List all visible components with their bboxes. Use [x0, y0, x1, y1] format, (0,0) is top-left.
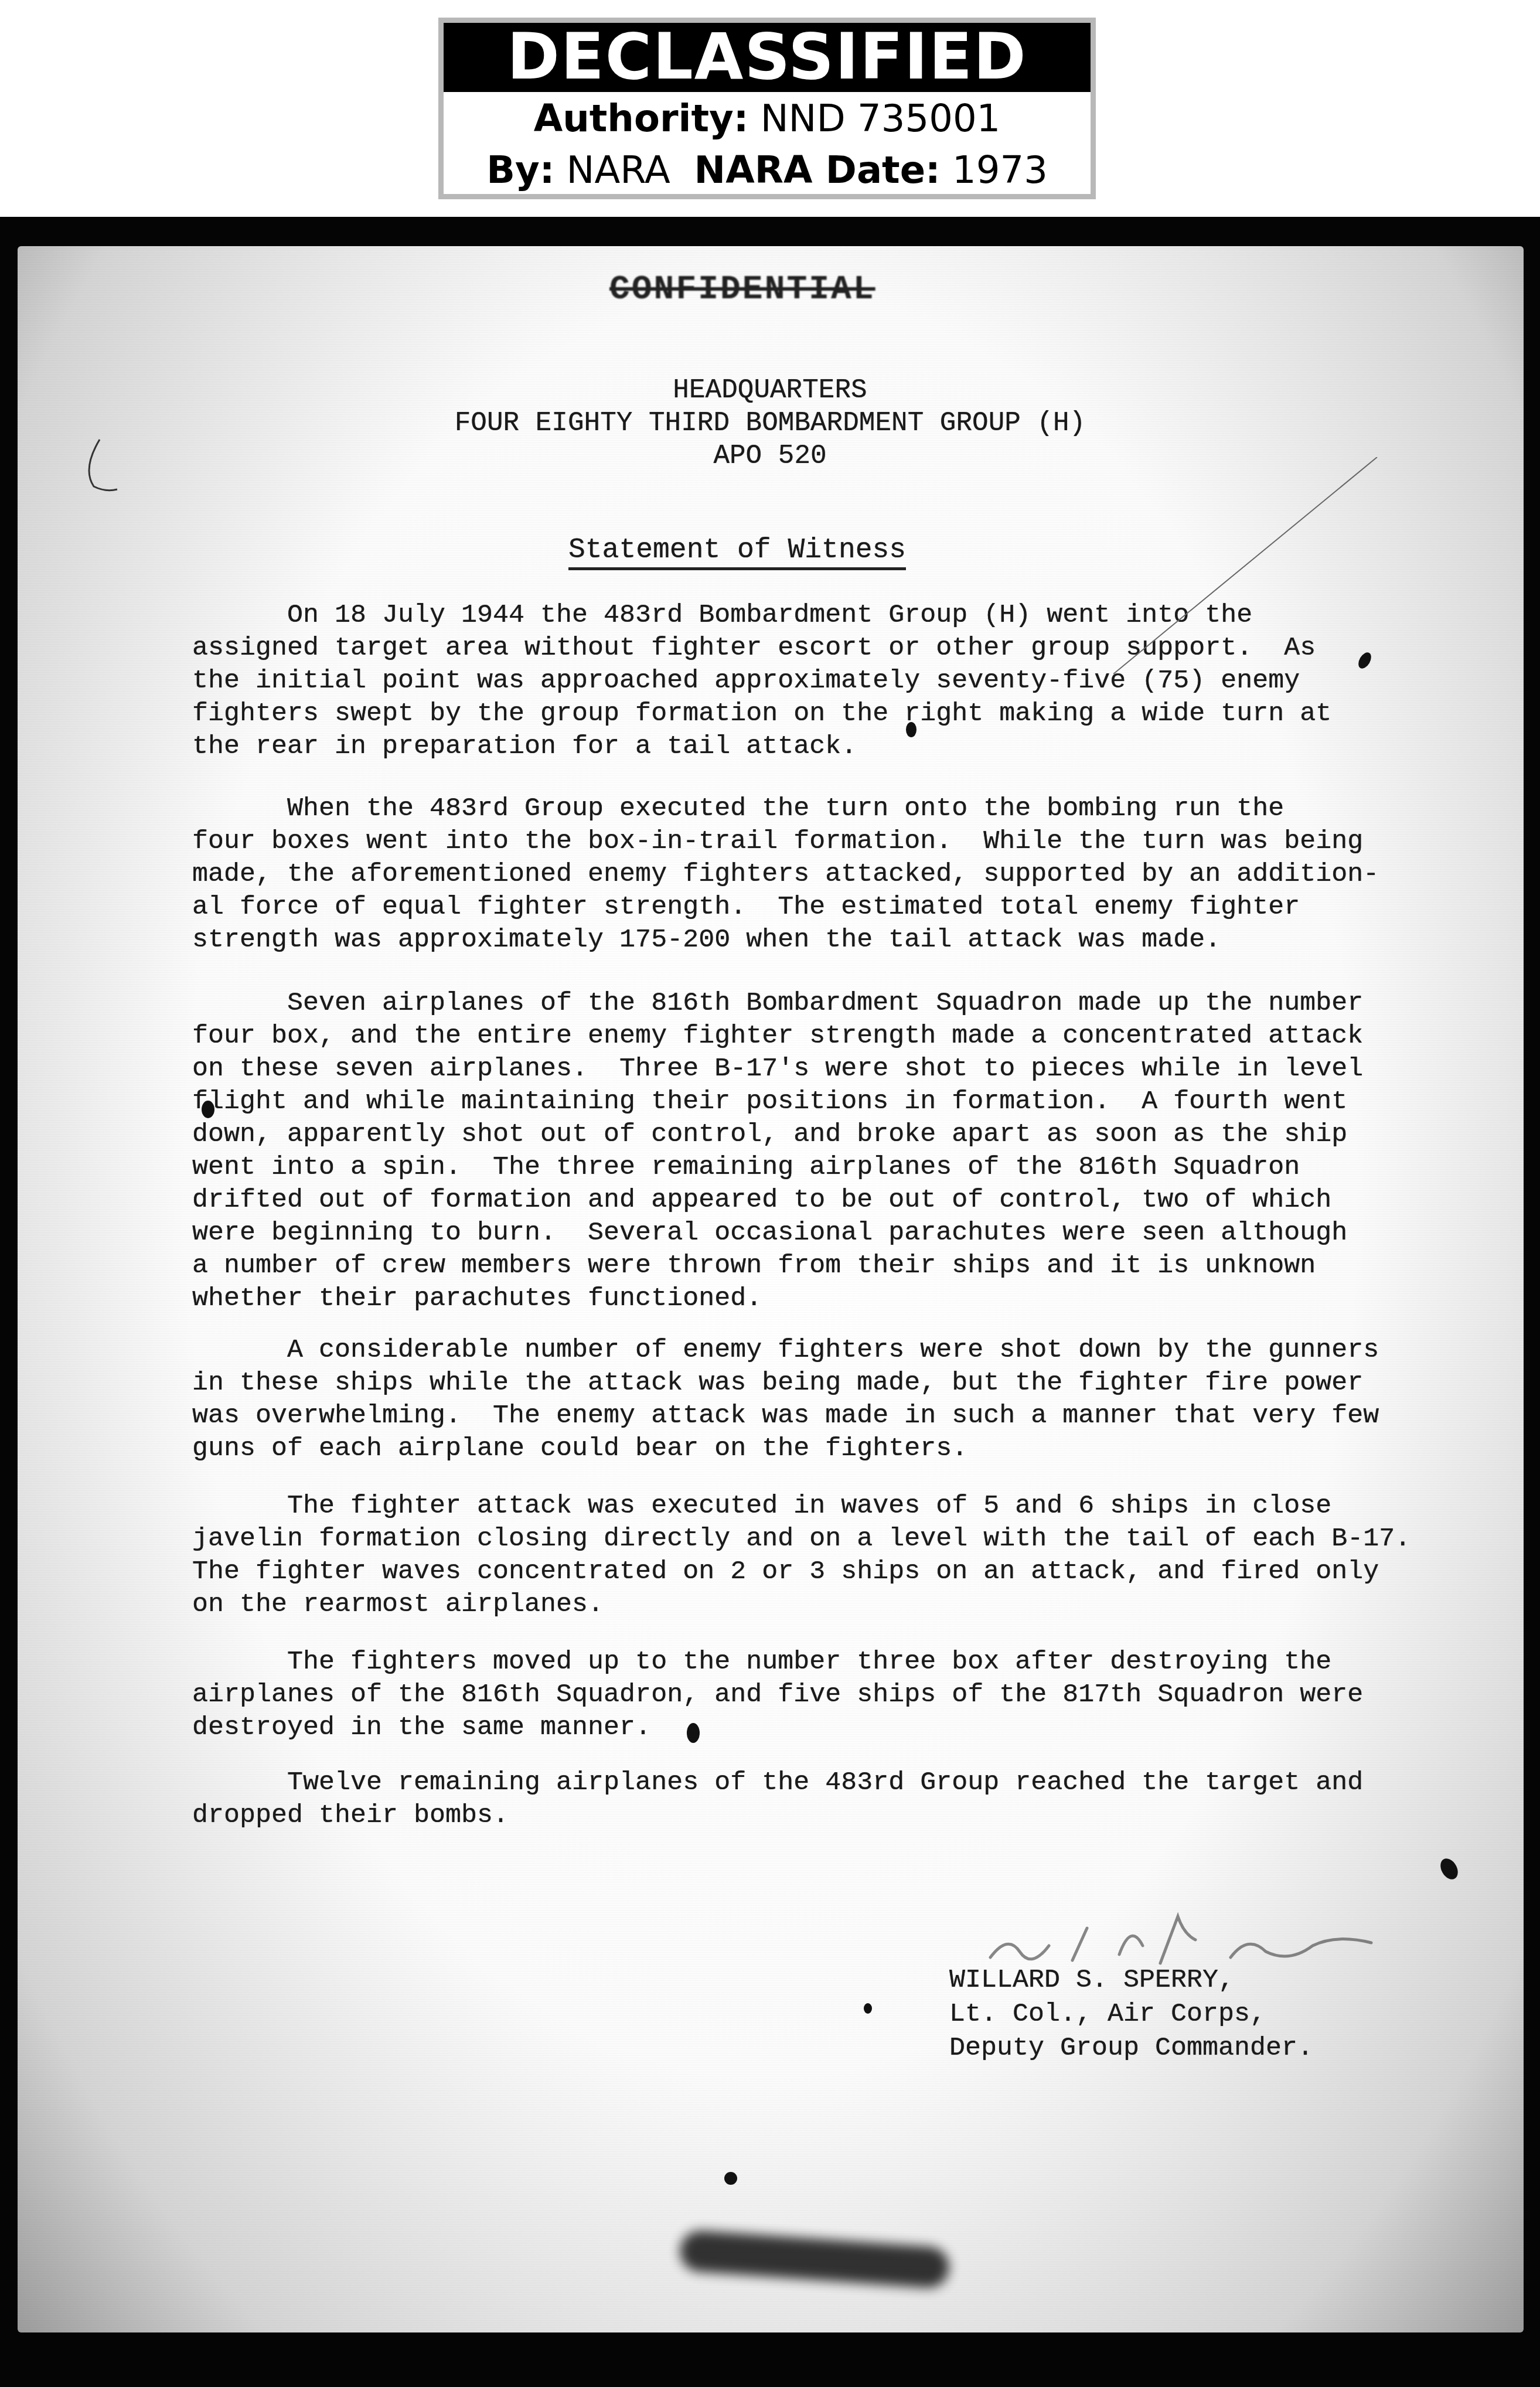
text-line: When the 483rd Group executed the turn o… [192, 792, 1364, 825]
scan-speck [906, 722, 916, 737]
scan-speck [687, 1723, 700, 1743]
text-line: four box, and the entire enemy fighter s… [192, 1020, 1364, 1053]
text-line: went into a spin. The three remaining ai… [192, 1151, 1364, 1184]
paragraph-4: A considerable number of enemy fighters … [192, 1334, 1364, 1465]
text-line: The fighters moved up to the number thre… [192, 1646, 1364, 1678]
signature-block: WILLARD S. SPERRY, Lt. Col., Air Corps, … [949, 1963, 1313, 2065]
text-line: Seven airplanes of the 816th Bombardment… [192, 987, 1364, 1020]
text-line: on the rearmost airplanes. [192, 1588, 1364, 1621]
text-line: down, apparently shot out of control, an… [192, 1118, 1364, 1151]
text-line: was overwhelming. The enemy attack was m… [192, 1399, 1364, 1432]
paragraph-5: The fighter attack was executed in waves… [192, 1490, 1364, 1621]
text-line: were beginning to burn. Several occasion… [192, 1217, 1364, 1249]
text-line: al force of equal fighter strength. The … [192, 891, 1364, 924]
scan-speck [724, 2172, 737, 2185]
date-value: 1973 [952, 149, 1048, 192]
handwritten-signature [984, 1911, 1383, 1969]
signatory-rank: Lt. Col., Air Corps, [949, 1997, 1313, 2031]
scan-hair-mark [70, 434, 123, 504]
text-line: dropped their bombs. [192, 1799, 1364, 1832]
by-value: NARA [567, 149, 670, 192]
text-line: the rear in preparation for a tail attac… [192, 730, 1364, 763]
stamp-authority: Authority: NND 735001 [444, 94, 1091, 144]
stamp-by-date: By: NARA NARA Date: 1973 [444, 146, 1091, 195]
text-line: made, the aforementioned enemy fighters … [192, 858, 1364, 891]
text-line: in these ships while the attack was bein… [192, 1367, 1364, 1399]
scan-scratch-line [1113, 457, 1383, 680]
text-line: drifted out of formation and appeared to… [192, 1184, 1364, 1217]
date-label: NARA Date: [694, 149, 941, 192]
text-line: guns of each airplane could bear on the … [192, 1432, 1364, 1465]
classification-marking-top: CONFIDENTIAL [609, 271, 875, 309]
authority-label: Authority: [534, 97, 749, 141]
signatory-name: WILLARD S. SPERRY, [949, 1963, 1313, 1997]
paragraph-7: Twelve remaining airplanes of the 483rd … [192, 1766, 1364, 1832]
text-line: A considerable number of enemy fighters … [192, 1334, 1364, 1367]
text-line: The fighter attack was executed in waves… [192, 1490, 1364, 1523]
by-label: By: [486, 149, 554, 192]
scan-speck [864, 2003, 872, 2014]
authority-value: NND 735001 [761, 97, 1001, 141]
scan-speck [202, 1101, 214, 1118]
text-line: javelin formation closing directly and o… [192, 1523, 1364, 1555]
text-line: Twelve remaining airplanes of the 483rd … [192, 1766, 1364, 1799]
header-line-headquarters: HEADQUARTERS [0, 375, 1540, 406]
text-line: The fighter waves concentrated on 2 or 3… [192, 1555, 1364, 1588]
text-line: airplanes of the 816th Squadron, and fiv… [192, 1678, 1364, 1711]
declassified-stamp: DECLASSIFIED Authority: NND 735001 By: N… [438, 18, 1096, 199]
stamp-title: DECLASSIFIED [444, 23, 1091, 92]
document-title: Statement of Witness [568, 534, 906, 570]
text-line: four boxes went into the box-in-trail fo… [192, 825, 1364, 858]
signatory-title: Deputy Group Commander. [949, 2031, 1313, 2065]
paragraph-2: When the 483rd Group executed the turn o… [192, 792, 1364, 956]
text-line: whether their parachutes functioned. [192, 1282, 1364, 1315]
text-line: on these seven airplanes. Three B-17's w… [192, 1053, 1364, 1085]
text-line: fighters swept by the group formation on… [192, 697, 1364, 730]
text-line: destroyed in the same manner. [192, 1711, 1364, 1744]
header-line-unit: FOUR EIGHTY THIRD BOMBARDMENT GROUP (H) [0, 408, 1540, 438]
paragraph-3: Seven airplanes of the 816th Bombardment… [192, 987, 1364, 1315]
text-line: a number of crew members were thrown fro… [192, 1249, 1364, 1282]
text-line: flight and while maintaining their posit… [192, 1085, 1364, 1118]
text-line: strength was approximately 175-200 when … [192, 924, 1364, 956]
paragraph-6: The fighters moved up to the number thre… [192, 1646, 1364, 1744]
